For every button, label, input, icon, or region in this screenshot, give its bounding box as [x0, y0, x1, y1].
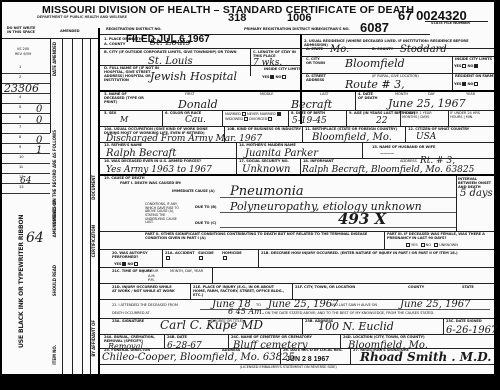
code-value-12: 64 [20, 176, 31, 186]
col-line [346, 110, 347, 126]
col-line [456, 176, 457, 231]
ur-state-label: a. STATE [306, 48, 323, 52]
state-label: STATE [462, 286, 474, 290]
armed-forces-label: 16. WAS DECEASED EVER IN U.S. ARMED FORC… [104, 160, 224, 164]
state-file-label: STATE FILE NUMBER [431, 22, 470, 26]
code-value-4: 0 [36, 104, 42, 115]
col-line [190, 283, 191, 299]
ur-city-value: Bloomfield [345, 57, 405, 70]
date-of-death-value: June 25, 1967 [388, 97, 466, 110]
col-line [302, 126, 303, 142]
code-row: 5 [2, 104, 50, 114]
col-line [258, 249, 259, 267]
rec-date-stamp: JUN 2 8 1967 [286, 356, 329, 363]
col-line [224, 126, 225, 142]
cause-code: 493 X [338, 210, 386, 228]
under-24-hrs-label: IF UNDER 24 HRSHours | Min. [450, 112, 480, 120]
col-line [384, 231, 385, 249]
code-value-8: 1 [36, 145, 42, 156]
part2-label: PART II. OTHER SIGNIFICANT CONDITIONS CO… [145, 233, 380, 241]
date-signed-label: 23c. DATE SIGNED [446, 320, 482, 324]
pod-county-label: a. COUNTY [104, 43, 125, 47]
part1-label: PART I. DEATH WAS CAUSED BY: [120, 182, 181, 186]
col-line [288, 110, 289, 126]
informant-address-label: Address [400, 160, 417, 164]
col-line [236, 158, 237, 174]
section-line [100, 174, 494, 176]
spouse-label: 15. NAME OF HUSBAND OR WIFE [372, 146, 435, 150]
interval-value: 5 days [460, 188, 493, 199]
age-value: 22 [376, 116, 387, 126]
code-row: 8 [2, 134, 50, 144]
state-file-underline [425, 21, 488, 22]
code-row: 11 [2, 164, 50, 174]
col-line [362, 142, 363, 158]
marital-checkboxes[interactable]: Married Never MarriedWidowed Divorced [225, 112, 285, 122]
handwritten-64: 64 [26, 230, 44, 246]
sex-value: M [120, 115, 128, 124]
ur-on-farm-label: Resident on Farm? [455, 75, 495, 79]
location-label: 21f. CITY, TOWN, OR LOCATION [295, 286, 355, 290]
col-line [212, 267, 213, 283]
col-line [228, 334, 229, 348]
last-label: Last [320, 93, 329, 97]
ink-instruction: USE BLACK INK OR TYPEWRITER RIBBON [19, 268, 26, 348]
row-line [100, 283, 494, 284]
hospital-value: Jewish Hospital [150, 70, 237, 83]
col-line [162, 110, 163, 126]
col-line [236, 142, 237, 158]
informant-address-value: Rt. # 3, [420, 156, 455, 166]
code-value-5: 0 [36, 115, 42, 126]
pod-city-label: b. CITY (If outside corporate limits, gi… [104, 51, 254, 55]
county-label: COUNTY [408, 286, 424, 290]
code-row: 9 [2, 144, 50, 154]
accident-checkbox[interactable]: 21a. ACCIDENT [165, 252, 194, 261]
rec-date-label: 26. DATE REC'D BY LOCAL REG. [283, 349, 343, 353]
cause-line-c [220, 227, 456, 228]
amend-col-3 [82, 38, 83, 374]
industry-label: 10b. KIND OF BUSINESS OR INDUSTRY [227, 128, 301, 132]
margin-divider [98, 28, 100, 374]
signature-label: 23a. SIGNATURE [112, 320, 144, 324]
birth-value: 5-19-45 [292, 116, 327, 126]
month-day-year-label: Month, Day, Year [170, 270, 203, 274]
name-label: 3. NAME OF DECEASED (Type or print) [104, 93, 144, 105]
col-line [340, 334, 341, 348]
code-value-1: 23306 [4, 82, 39, 95]
last-alive-label: and last saw h alive on [330, 304, 377, 308]
pod-inside-city-checkbox[interactable]: Yes No [262, 75, 286, 80]
ur-on-farm-checkbox[interactable]: Yes No [454, 82, 478, 87]
color-value: Cau. [185, 115, 206, 125]
death-occurred-label: Death occurred at [112, 312, 150, 316]
amend-col-2 [72, 38, 73, 374]
spouse-value: ———— [380, 152, 394, 156]
form-revision: Rev. 6/59 [8, 53, 38, 57]
place-injury-label: 21e. PLACE OF INJURY (e.g., in or about … [193, 286, 288, 298]
amended-label: AMENDED [60, 30, 80, 34]
burial-date-value: 6-28-67 [167, 341, 202, 351]
middle-label: Middle [260, 93, 273, 97]
col-line [443, 318, 444, 334]
certification-label: CERTIFICATION [92, 225, 96, 257]
first-label: First [185, 93, 195, 97]
time-injury-label: 21c. TIME OF INJURY [112, 270, 152, 274]
primary-district-stamp: 1006 [287, 12, 311, 24]
department-subtitle: DEPARTMENT OF PUBLIC HEALTH AND WELFARE [37, 16, 127, 20]
amend-col-1 [62, 38, 63, 374]
document-label: DOCUMENT [92, 175, 96, 200]
footer-note: (Licensed Embalmer's Statement on Revers… [240, 366, 337, 370]
burial-date-label: 24b. DATE [167, 336, 187, 340]
code-row: 10 [2, 154, 50, 164]
col-line [292, 283, 293, 299]
col-line [222, 110, 223, 126]
describe-injury-label: 21b. DESCRIBE HOW INJURY OCCURRED. (Ente… [261, 252, 491, 256]
col-line [400, 110, 401, 126]
on-date-note: on the date stated above; and to the bes… [265, 312, 434, 316]
district-number-stamp: 318 [228, 12, 246, 24]
year-label: Year [466, 93, 475, 97]
instead-of-label: INSTEAD OF [53, 200, 57, 226]
due-to-b-label: DUE TO (b) [195, 206, 216, 210]
pregnancy-checkboxes[interactable]: Yes No Unknown [405, 243, 458, 248]
col-line [355, 92, 356, 110]
date-of-death-label: 4. DATE OF DEATH [358, 93, 378, 101]
margin-codes-divider [50, 38, 51, 133]
should-read-label: SHOULD READ [53, 265, 57, 296]
registrars-no-label: Registrar's No. [316, 28, 350, 32]
col-line [350, 348, 351, 364]
autopsy-label: 20. WAS AUTOPSY PERFORMED? [112, 252, 152, 260]
col-line [405, 126, 406, 142]
left-border [0, 0, 2, 390]
ur-county-label: b. COUNTY [372, 48, 393, 52]
death-occurred-value: 6 45 Am. [228, 307, 264, 316]
by-affidavit-label: BY AFFIDAVIT OF [92, 320, 96, 357]
ur-inside-city-label: Inside City Limits [455, 58, 492, 62]
code-row: 7 [2, 124, 50, 134]
under-1-year-label: IF UNDER 1 YEARMonths | Days [402, 112, 432, 120]
informant-label: 18. INFORMANT [303, 160, 334, 164]
col-line [300, 158, 301, 174]
ur-state-value: Mo. [330, 44, 349, 55]
registrar-signature: Rhoad Smith . M.D. [360, 350, 491, 364]
primary-registration-label: Primary Registration District No. [244, 28, 318, 32]
pod-inside-city-label: Inside City Limits [264, 68, 301, 72]
physician-address: 100 N. Euclid [318, 320, 394, 333]
col-line [164, 334, 165, 348]
date-amended-label: DATE AMENDED [53, 42, 57, 76]
row-line [100, 142, 494, 143]
conditions-note: Conditions, if any, which gave rise to a… [145, 203, 183, 225]
code-row: 4 [2, 94, 50, 104]
code-row: 1 [2, 64, 50, 74]
immediate-cause-label: IMMEDIATE CAUSE (a) [172, 190, 215, 194]
col-line [280, 348, 281, 364]
injury-work-label: 21d. INJURY OCCURRED WHILE AT WORK / NOT… [112, 286, 177, 294]
row-line [100, 267, 494, 268]
ur-city-label: c. CITY OR TOWN [306, 58, 326, 66]
col-line [250, 48, 251, 76]
director-value: Chileo-Cooper, Bloomfield, Mo. 63825 [102, 352, 295, 363]
pregnancy-label: PART III. If deceased was female, was th… [387, 233, 492, 241]
pod-county-value: St. Louis [150, 38, 190, 48]
due-to-c-label: DUE TO (c) [195, 222, 216, 226]
am-pm-label: a.m.p.m. [148, 275, 155, 283]
code-row: 6 [2, 114, 50, 124]
degree-label: (Degree or title) [210, 320, 243, 324]
registration-district-label: Registration District No. [106, 28, 162, 32]
ur-street-label: d. STREET ADDRESS [306, 75, 328, 83]
attended-label: 22. I attended the deceased from [112, 304, 178, 308]
ur-county-value: Stoddard [400, 44, 447, 55]
ur-inside-city-checkbox[interactable]: Yes No [454, 64, 478, 69]
registrars-no-value: 6087 [360, 20, 389, 35]
suicide-checkbox[interactable]: SUICIDE [198, 252, 214, 261]
top-border [0, 0, 500, 2]
cause-line-a [220, 197, 456, 198]
col-line [162, 249, 163, 267]
citizen-value: USA [416, 132, 436, 142]
homicide-checkbox[interactable]: HOMICIDE [222, 252, 242, 261]
item-no-label: ITEM NO. [53, 345, 57, 365]
col-line [302, 318, 303, 334]
do-not-write-label: DO NOT WRITE IN THIS SPACE [6, 27, 36, 35]
bottom-scan-edge [0, 374, 500, 390]
col-line [448, 110, 449, 126]
sex-label: 5. SEX [104, 112, 116, 116]
row-line [100, 249, 494, 250]
death-certificate: MISSOURI DIVISION OF HEALTH – STANDARD C… [0, 0, 500, 390]
